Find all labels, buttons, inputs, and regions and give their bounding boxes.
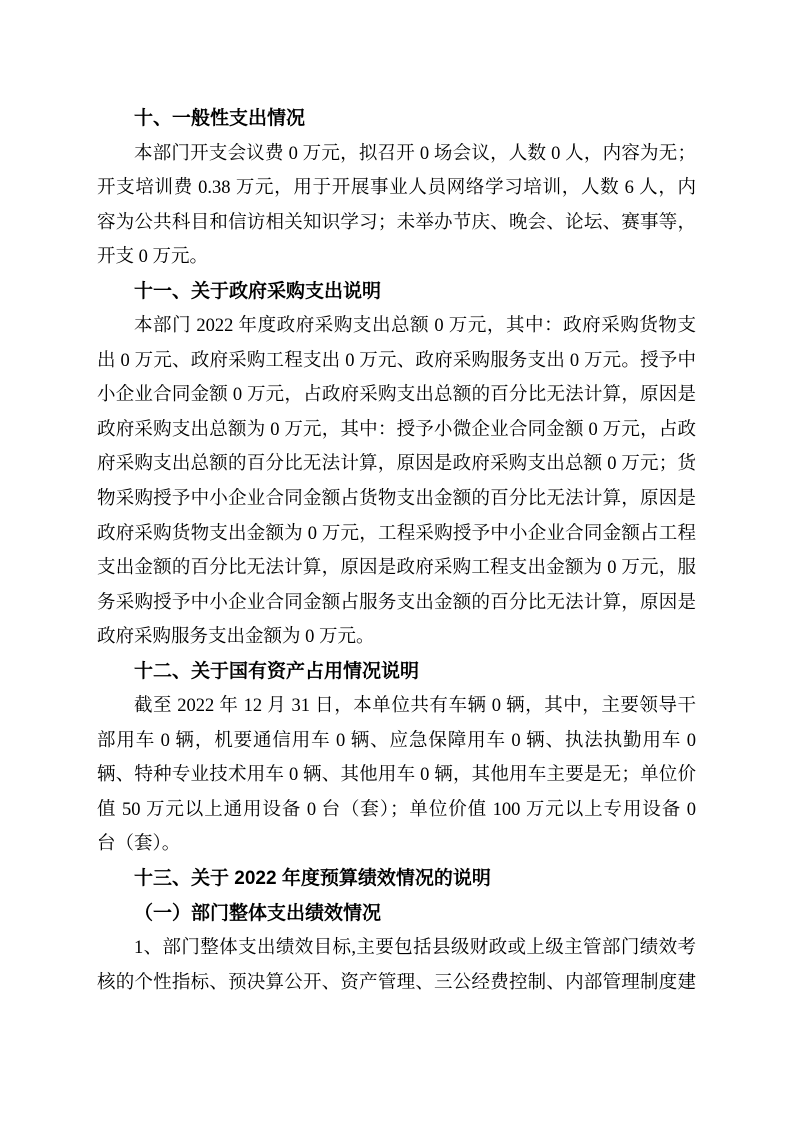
paragraph-text-line: 政府采购服务支出金额为 0 万元。 xyxy=(97,620,696,655)
paragraph-text-line: 政府采购支出总额为 0 万元，其中：授予小微企业合同金额 0 万元，占政 xyxy=(97,413,696,448)
document-page: 十、一般性支出情况本部门开支会议费 0 万元，拟召开 0 场会议，人数 0 人，… xyxy=(0,0,793,1122)
section-heading: 十三、关于 2022 年度预算绩效情况的说明 xyxy=(97,862,696,897)
section-heading: 十二、关于国有资产占用情况说明 xyxy=(97,655,696,690)
paragraph-text-line: 截至 2022 年 12 月 31 日，本单位共有车辆 0 辆，其中，主要领导干 xyxy=(97,689,696,724)
paragraph-text-line: 务采购授予中小企业合同金额占服务支出金额的百分比无法计算，原因是 xyxy=(97,586,696,621)
paragraph-text-line: 出 0 万元、政府采购工程支出 0 万元、政府采购服务支出 0 万元。授予中 xyxy=(97,344,696,379)
paragraph-text-line: 开支培训费 0.38 万元，用于开展事业人员网络学习培训，人数 6 人，内 xyxy=(97,171,696,206)
paragraph-text-line: 核的个性指标、预决算公开、资产管理、三公经费控制、内部管理制度建 xyxy=(97,966,696,1001)
section-heading: 十、一般性支出情况 xyxy=(97,102,696,137)
paragraph-text-line: 辆、特种专业技术用车 0 辆、其他用车 0 辆，其他用车主要是无；单位价 xyxy=(97,758,696,793)
paragraph-text-line: 府采购支出总额的百分比无法计算，原因是政府采购支出总额 0 万元；货 xyxy=(97,447,696,482)
paragraph-text-line: 值 50 万元以上通用设备 0 台（套）；单位价值 100 万元以上专用设备 0 xyxy=(97,793,696,828)
paragraph-text-line: 开支 0 万元。 xyxy=(97,240,696,275)
paragraph-text-line: 支出金额的百分比无法计算，原因是政府采购工程支出金额为 0 万元，服 xyxy=(97,551,696,586)
paragraph-text-line: 1、部门整体支出绩效目标,主要包括县级财政或上级主管部门绩效考 xyxy=(97,931,696,966)
paragraph-text-line: 本部门 2022 年度政府采购支出总额 0 万元，其中：政府采购货物支 xyxy=(97,309,696,344)
paragraph-text-line: 物采购授予中小企业合同金额占货物支出金额的百分比无法计算，原因是 xyxy=(97,482,696,517)
paragraph-text-line: 本部门开支会议费 0 万元，拟召开 0 场会议，人数 0 人，内容为无； xyxy=(97,137,696,172)
document-content: 十、一般性支出情况本部门开支会议费 0 万元，拟召开 0 场会议，人数 0 人，… xyxy=(97,102,696,1000)
section-heading: 十一、关于政府采购支出说明 xyxy=(97,275,696,310)
paragraph-text-line: 政府采购货物支出金额为 0 万元，工程采购授予中小企业合同金额占工程 xyxy=(97,517,696,552)
paragraph-text-line: 容为公共科目和信访相关知识学习；未举办节庆、晚会、论坛、赛事等， xyxy=(97,206,696,241)
paragraph-text-line: 部用车 0 辆，机要通信用车 0 辆、应急保障用车 0 辆、执法执勤用车 0 xyxy=(97,724,696,759)
section-heading: （一）部门整体支出绩效情况 xyxy=(97,897,696,932)
paragraph-text-line: 小企业合同金额 0 万元，占政府采购支出总额的百分比无法计算，原因是 xyxy=(97,378,696,413)
paragraph-text-line: 台（套）。 xyxy=(97,827,696,862)
